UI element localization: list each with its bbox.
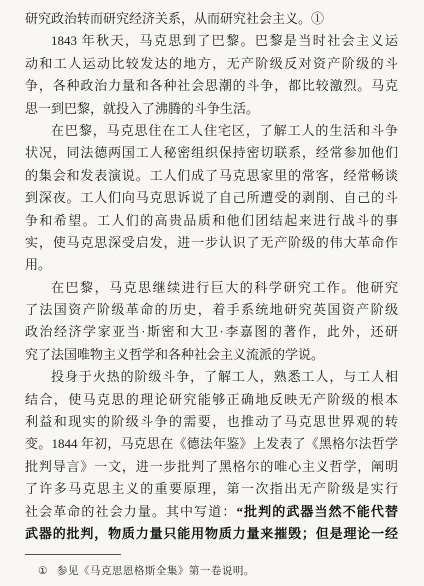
body-text: 争和希望。工人们的高贵品质和他们团结起来进行战斗的事 [25,213,398,228]
body-text: 用。 [25,257,51,272]
body-text: 投身于火热的阶级斗争，了解工人，熟悉工人，与工人相 [51,369,398,384]
body-text: 研究政治转而研究经济关系，从而研究社会主义。① [25,11,324,26]
text-line: 用。 [25,254,398,276]
text-line: 状况，同法德两国工人秘密组织保持密切联系，经常参加他们 [25,142,398,164]
text-line: 变。1844 年初，马克思在《德法年鉴》上发表了《黑格尔法哲学 [25,433,398,455]
body-text: 动和工人运动比较发达的地方，无产阶级反对资产阶级的斗 [25,56,398,71]
quoted-bold-text: 武器的批判，物质力量只能用物质力量来摧毁；但是理论一经 [25,526,398,541]
body-text: 结合，使马克思的理论研究能够正确地反映无产阶级的根本 [25,392,398,407]
text-line: 到深夜。工人们向马克思诉说了自己所遭受的剥削、自己的斗 [25,187,398,209]
text-line: 武器的批判，物质力量只能用物质力量来摧毁；但是理论一经 [25,523,398,545]
text-line: 社会革命的社会力量。其中写道：“批判的武器当然不能代替 [25,501,398,523]
footnote: ①参见《马克思恩格斯全集》第一卷说明。 [38,565,424,579]
body-text: 了许多马克思主义的重要原理，第一次指出无产阶级是实行 [25,481,398,496]
body-text: 的集会和发表演说。工人们成了马克思家里的常客，经常畅谈 [25,168,398,183]
body-text: 了法国资产阶级革命的历史，着手系统地研究英国资产阶级 [25,302,398,317]
body-text: 状况，同法德两国工人秘密组织保持密切联系，经常参加他们 [25,145,398,160]
paragraph: 在巴黎，马克思继续进行巨大的科学研究工作。他研究了法国资产阶级革命的历史，着手系… [25,277,398,367]
paragraph: 研究政治转而研究经济关系，从而研究社会主义。① [25,8,398,30]
text-line: 争，各种政治力量和各种社会思潮的斗争，都比较激烈。马克 [25,75,398,97]
body-text: 社会革命的社会力量。其中写道： [25,504,236,519]
text-line: 究了法国唯物主义哲学和各种社会主义流派的学说。 [25,344,398,366]
text-line: 投身于火热的阶级斗争，了解工人，熟悉工人，与工人相 [25,366,398,388]
text-line: 政治经济学家亚当·斯密和大卫·李嘉图的著作，此外，还研 [25,321,398,343]
text-line: 实，使马克思深受启发，进一步认识了无产阶级的伟大革命作 [25,232,398,254]
footnote-marker: ① [38,565,48,579]
paragraph: 投身于火热的阶级斗争，了解工人，熟悉工人，与工人相结合，使马克思的理论研究能够正… [25,366,398,545]
page-text: 研究政治转而研究经济关系，从而研究社会主义。①1843 年秋天，马克思到了巴黎。… [0,0,424,545]
text-line: 批判导言》一文，进一步批判了黑格尔的唯心主义哲学，阐明 [25,456,398,478]
body-text: 思一到巴黎，就投入了沸腾的斗争生活。 [25,101,259,116]
body-text: 实，使马克思深受启发，进一步认识了无产阶级的伟大革命作 [25,235,398,250]
text-line: 1843 年秋天，马克思到了巴黎。巴黎是当时社会主义运 [25,30,398,52]
footnote-divider [25,554,121,555]
text-line: 在巴黎，马克思继续进行巨大的科学研究工作。他研究 [25,277,398,299]
text-line: 的集会和发表演说。工人们成了马克思家里的常客，经常畅谈 [25,165,398,187]
paragraph: 在巴黎，马克思住在工人住宅区，了解工人的生活和斗争状况，同法德两国工人秘密组织保… [25,120,398,277]
text-line: 争和希望。工人们的高贵品质和他们团结起来进行战斗的事 [25,210,398,232]
footnote-text: 参见《马克思恩格斯全集》第一卷说明。 [57,566,255,577]
text-line: 结合，使马克思的理论研究能够正确地反映无产阶级的根本 [25,389,398,411]
text-line: 动和工人运动比较发达的地方，无产阶级反对资产阶级的斗 [25,53,398,75]
body-text: 政治经济学家亚当·斯密和大卫·李嘉图的著作，此外，还研 [25,324,398,339]
body-text: 在巴黎，马克思住在工人住宅区，了解工人的生活和斗争 [51,123,398,138]
body-text: 究了法国唯物主义哲学和各种社会主义流派的学说。 [25,347,324,362]
text-line: 研究政治转而研究经济关系，从而研究社会主义。① [25,8,398,30]
body-text: 1843 年秋天，马克思到了巴黎。巴黎是当时社会主义运 [51,33,398,48]
body-text: 批判导言》一文，进一步批判了黑格尔的唯心主义哲学，阐明 [25,459,398,474]
text-line: 思一到巴黎，就投入了沸腾的斗争生活。 [25,98,398,120]
body-text: 变。1844 年初，马克思在《德法年鉴》上发表了《黑格尔法哲学 [25,436,398,451]
quoted-bold-text: “批判的武器当然不能代替 [236,504,398,519]
body-text: 到深夜。工人们向马克思诉说了自己所遭受的剥削、自己的斗 [25,190,398,205]
text-line: 了许多马克思主义的重要原理，第一次指出无产阶级是实行 [25,478,398,500]
text-line: 在巴黎，马克思住在工人住宅区，了解工人的生活和斗争 [25,120,398,142]
scanned-book-page: 研究政治转而研究经济关系，从而研究社会主义。①1843 年秋天，马克思到了巴黎。… [0,0,424,586]
body-text: 争，各种政治力量和各种社会思潮的斗争，都比较激烈。马克 [25,78,398,93]
text-line: 利益和现实的阶级斗争的需要，也推动了马克思世界观的转 [25,411,398,433]
paragraph: 1843 年秋天，马克思到了巴黎。巴黎是当时社会主义运动和工人运动比较发达的地方… [25,30,398,120]
body-text: 在巴黎，马克思继续进行巨大的科学研究工作。他研究 [51,280,398,295]
text-line: 了法国资产阶级革命的历史，着手系统地研究英国资产阶级 [25,299,398,321]
body-text: 利益和现实的阶级斗争的需要，也推动了马克思世界观的转 [25,414,398,429]
